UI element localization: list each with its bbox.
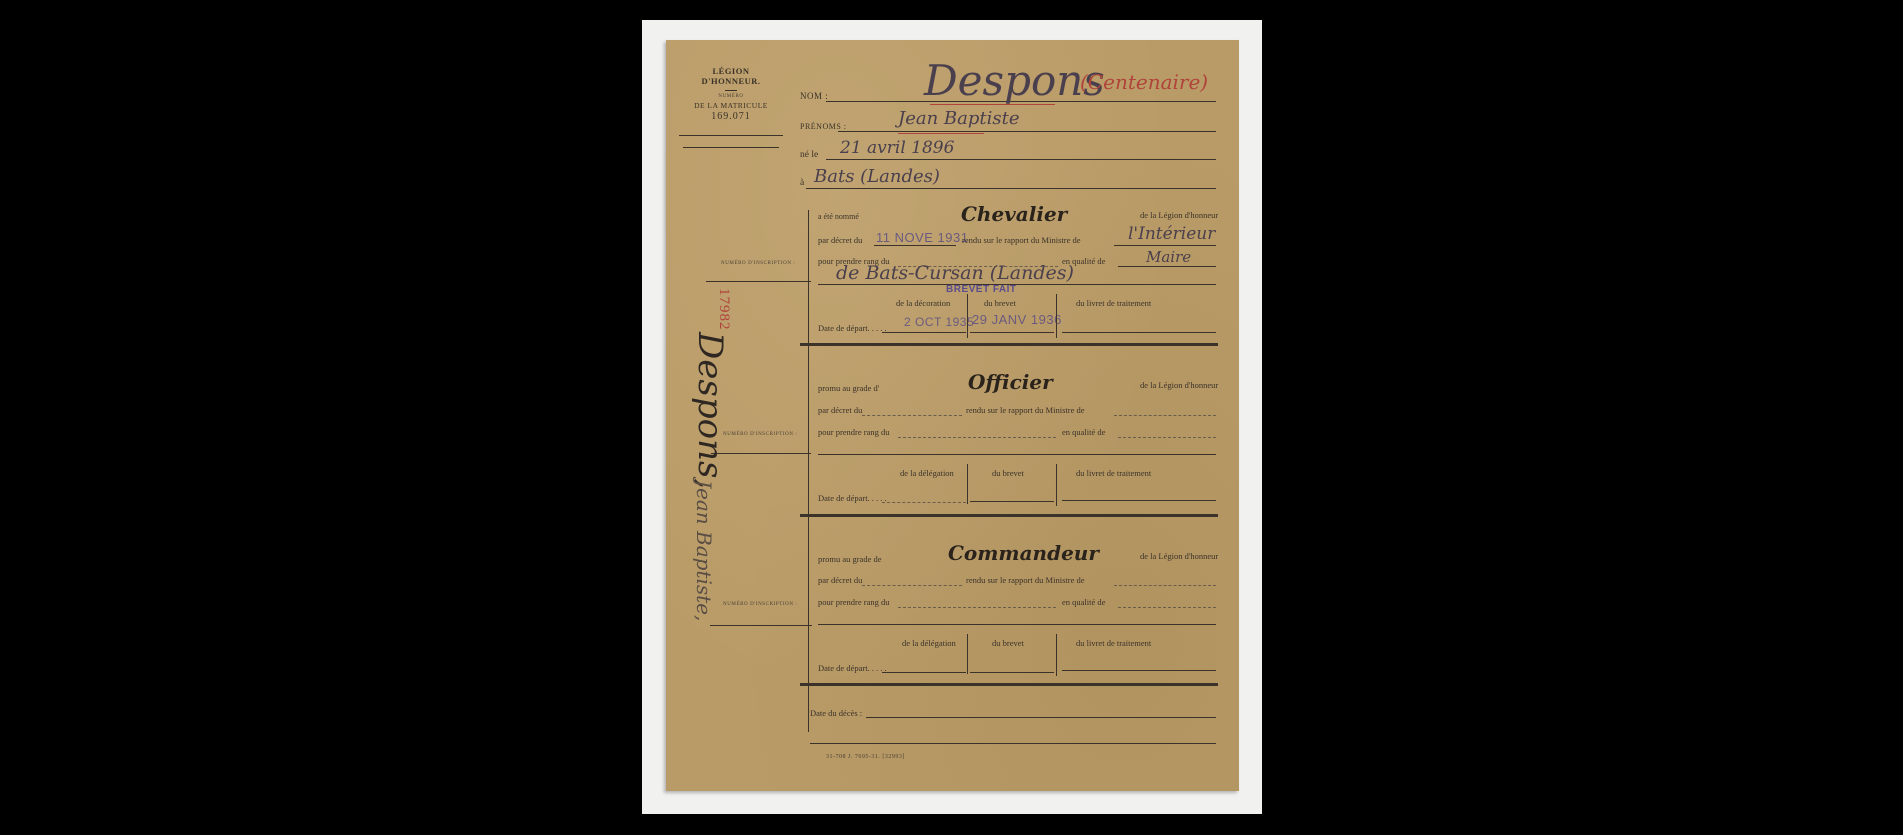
chevalier-col2-value: 29 JANV 1936	[972, 312, 1062, 327]
commandeur-extra-line	[818, 624, 1216, 625]
officier-extra-line	[818, 454, 1216, 455]
inscription-line-3	[710, 625, 812, 626]
officier-grade: Officier	[968, 370, 1053, 394]
deces-line	[866, 717, 1216, 718]
officier-rapport-line	[1114, 415, 1216, 416]
header-block: LÉGION D'HONNEUR. NUMÉRO DE LA MATRICULE…	[686, 66, 776, 122]
deces-label: Date du décès :	[810, 708, 862, 718]
footer-rule	[810, 743, 1216, 744]
commandeur-decret-label: par décret du	[818, 575, 862, 585]
commandeur-decret-line	[862, 585, 962, 586]
vertical-name: Despons,	[690, 332, 730, 489]
chevalier-decret-line	[874, 245, 956, 246]
chevalier-bottom-rule	[800, 343, 1218, 346]
commandeur-rang-line	[898, 607, 1056, 608]
chevalier-qualite-value: Maire	[1146, 248, 1191, 266]
commandeur-col-divider-2	[1056, 634, 1057, 676]
nom-value: Despons	[924, 56, 1105, 105]
stamp-number: 17982	[715, 288, 732, 331]
prenoms-value: Jean Baptiste	[898, 108, 1020, 129]
chevalier-col3-label: du livret de traitement	[1076, 298, 1151, 308]
nom-annotation: (Centenaire)	[1080, 70, 1208, 94]
officier-col2-line	[970, 501, 1054, 502]
chevalier-depart-label: Date de départ. . . . .	[818, 323, 887, 333]
officier-col-divider-2	[1056, 464, 1057, 506]
commandeur-col2-line	[970, 672, 1054, 673]
commandeur-bottom-rule	[800, 683, 1218, 686]
chevalier-col2-line	[970, 332, 1054, 333]
officier-depart-label: Date de départ. . . . .	[818, 493, 887, 503]
commandeur-col-divider-1	[967, 634, 968, 674]
chevalier-col1-label: de la décoration	[896, 298, 950, 308]
commandeur-suffix: de la Légion d'honneur	[1140, 551, 1218, 561]
chevalier-extra-value: de Bats-Cursan (Landes)	[836, 262, 1074, 284]
a-value: Bats (Landes)	[814, 166, 940, 187]
officier-decret-label: par décret du	[818, 405, 862, 415]
header-title: LÉGION D'HONNEUR.	[686, 66, 776, 86]
inscription-line-1	[706, 281, 811, 282]
nom-red-underline	[930, 104, 1055, 105]
commandeur-intro: promu au grade de	[818, 554, 882, 564]
nom-label: NOM :	[800, 91, 828, 101]
commandeur-col1-label: de la délégation	[902, 638, 956, 648]
prenoms-red-underline	[898, 133, 984, 134]
commandeur-depart-label: Date de départ. . . . .	[818, 663, 887, 673]
chevalier-rapport-value: l'Intérieur	[1128, 224, 1215, 244]
commandeur-col1-line	[882, 672, 966, 673]
chevalier-col1-line	[882, 332, 966, 333]
header-rule	[683, 147, 779, 148]
commandeur-rang-label: pour prendre rang du	[818, 597, 890, 607]
a-label: à	[800, 178, 804, 188]
officier-col1-label: de la délégation	[900, 468, 954, 478]
commandeur-grade: Commandeur	[948, 541, 1099, 565]
chevalier-rapport-line	[1114, 245, 1216, 246]
commandeur-qualite-line	[1118, 607, 1216, 608]
inscription-label-3: NUMÉRO D'INSCRIPTION :	[723, 602, 797, 607]
officier-rang-label: pour prendre rang du	[818, 427, 890, 437]
brevet-fait-stamp: BREVET FAIT	[946, 284, 1017, 295]
officier-col3-label: du livret de traitement	[1076, 468, 1151, 478]
prenoms-label: PRÉNOMS :	[800, 122, 847, 131]
inscription-label-1: NUMÉRO D'INSCRIPTION :	[721, 261, 795, 266]
officier-suffix: de la Légion d'honneur	[1140, 380, 1218, 390]
numero-label: NUMÉRO	[686, 94, 776, 99]
commandeur-col3-line	[1062, 670, 1216, 671]
officier-qualite-label: en qualité de	[1062, 427, 1105, 437]
print-code: 31-708 J. 7695-31. [32993]	[826, 754, 905, 760]
chevalier-intro: a été nommé	[818, 212, 859, 221]
a-line	[806, 188, 1216, 189]
ne-le-label: né le	[800, 150, 818, 160]
legion-honneur-record-card: LÉGION D'HONNEUR. NUMÉRO DE LA MATRICULE…	[666, 40, 1239, 791]
chevalier-rapport-label: rendu sur le rapport du Ministre de	[962, 235, 1081, 245]
header-divider	[725, 90, 737, 91]
inscription-label-2: NUMÉRO D'INSCRIPTION :	[723, 432, 797, 437]
commandeur-rapport-label: rendu sur le rapport du Ministre de	[966, 575, 1085, 585]
officier-intro: promu au grade d'	[818, 383, 879, 393]
matricule-value: 169.071	[686, 111, 776, 122]
commandeur-col3-label: du livret de traitement	[1076, 638, 1151, 648]
officier-rang-line	[898, 437, 1056, 438]
chevalier-col3-line	[1062, 332, 1216, 333]
chevalier-suffix: de la Légion d'honneur	[1140, 210, 1218, 220]
officier-col1-line	[882, 502, 966, 503]
chevalier-col-divider-2	[1056, 294, 1057, 338]
chevalier-extra-line	[818, 284, 1216, 285]
officier-decret-line	[862, 415, 962, 416]
chevalier-grade: Chevalier	[961, 202, 1067, 226]
officier-bottom-rule	[800, 514, 1218, 517]
sections-left-rule	[808, 210, 809, 732]
matricule-label: DE LA MATRICULE	[686, 101, 776, 110]
commandeur-qualite-label: en qualité de	[1062, 597, 1105, 607]
vertical-firstname: Jean Baptiste,	[692, 480, 716, 621]
chevalier-qualite-line	[1118, 266, 1216, 267]
commandeur-col2-label: du brevet	[992, 638, 1024, 648]
ne-le-value: 21 avril 1896	[840, 138, 954, 158]
chevalier-decret-label: par décret du	[818, 235, 862, 245]
officier-qualite-line	[1118, 437, 1216, 438]
officier-col2-label: du brevet	[992, 468, 1024, 478]
chevalier-col-divider-1	[967, 294, 968, 338]
officier-rapport-label: rendu sur le rapport du Ministre de	[966, 405, 1085, 415]
chevalier-col1-value: 2 OCT 1935	[904, 315, 974, 329]
prenoms-line	[838, 131, 1216, 132]
officier-col-divider-1	[967, 464, 968, 504]
chevalier-col2-label: du brevet	[984, 298, 1016, 308]
officier-col3-line	[1062, 500, 1216, 501]
matricule-underline	[679, 135, 783, 136]
commandeur-rapport-line	[1114, 585, 1216, 586]
ne-le-line	[826, 159, 1216, 160]
chevalier-decret-value: 11 NOVE 1931	[876, 230, 968, 245]
